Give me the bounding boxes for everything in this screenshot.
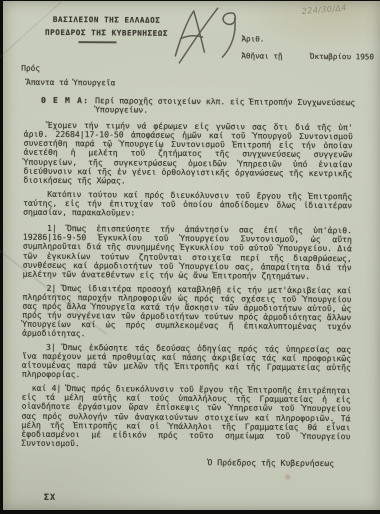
protocol-number-label: Ἀριθ. [241, 34, 374, 44]
list-item-3: 3| Ὅπως ἐκδώσητε τάς δεούσας ὁδηγίας πρό… [22, 343, 351, 382]
typist-initials: ΣΧ [44, 493, 56, 503]
issuing-state-title: ΒΑΣΙΛΕΙΟΝ ΤΗΣ ΕΛΛΑΔΟΣ [41, 13, 173, 27]
paragraph-intro: Ἔχομεν τήν τιμήν νά φέρωμεν εἰς γνῶσιν σ… [23, 121, 352, 188]
letterhead: ΒΑΣΙΛΕΙΟΝ ΤΗΣ ΕΛΛΑΔΟΣ ΠΡΟΕΔΡΟΣ ΤΗΣ ΚΥΒΕΡ… [40, 13, 172, 44]
issuing-authority-title: ΠΡΟΕΔΡΟΣ ΤΗΣ ΚΥΒΕΡΝΗΣΕΩΣ [40, 26, 172, 40]
document-page: 224/30/Δ4 ΒΑΣΙΛΕΙΟΝ ΤΗΣ ΕΛΛΑΔΟΣ ΠΡΟΕΔΡΟΣ… [3, 1, 380, 510]
scan-background: { "document": { "archive_reference": "22… [0, 0, 380, 514]
letterhead-underline [78, 41, 116, 43]
archive-reference-pencil-note: 224/30/Δ4 [301, 3, 347, 16]
subject-line: Θ Ε Μ Α: Περί παροχῆς στοιχείων κλπ. εἰς… [41, 96, 361, 117]
signature-title: Ὁ Πρόεδρος τῆς Κυβερνήσεως [21, 457, 350, 469]
subject-text: Περί παροχῆς στοιχείων κλπ. εἰς Ἐπιτροπή… [95, 96, 361, 117]
date-line: Ἀθῆναι τῇ Ὀκτωβρίου 1950 [241, 51, 374, 61]
handwritten-filing-mark [170, 6, 248, 65]
list-item-2: 2| Ὅπως ἰδιαιτέρα προσοχή καταβληθῇ εἰς … [22, 283, 351, 341]
paragraph-request: Κατόπιν τούτου καί πρός διευκόλυνσιν τοῦ… [23, 189, 352, 219]
list-item-1: 1| Ὅπως ἐπισπεύσητε τήν ἀπάντησίν σας ἐπ… [23, 224, 352, 282]
recipient-value: Ἅπαντα τά Ὑπουργεῖα [26, 78, 115, 88]
recipient-label: Πρός [21, 64, 115, 74]
subject-label: Θ Ε Μ Α: [41, 96, 89, 106]
handwritten-A9-strokes [170, 6, 248, 65]
protocol-block: Ἀριθ. Ἀθῆναι τῇ Ὀκτωβρίου 1950 [241, 34, 374, 61]
recipient-block: Πρός Ἅπαντα τά Ὑπουργεῖα [21, 64, 115, 88]
document-content: 224/30/Δ4 ΒΑΣΙΛΕΙΟΝ ΤΗΣ ΕΛΛΑΔΟΣ ΠΡΟΕΔΡΟΣ… [1, 0, 380, 511]
letter-body: Ἔχομεν τήν τιμήν νά φέρωμεν εἰς γνῶσιν σ… [21, 121, 353, 469]
list-item-4: καί 4| Ὅπως πρός διευκόλυνσιν τοῦ ἔργου … [21, 384, 350, 451]
